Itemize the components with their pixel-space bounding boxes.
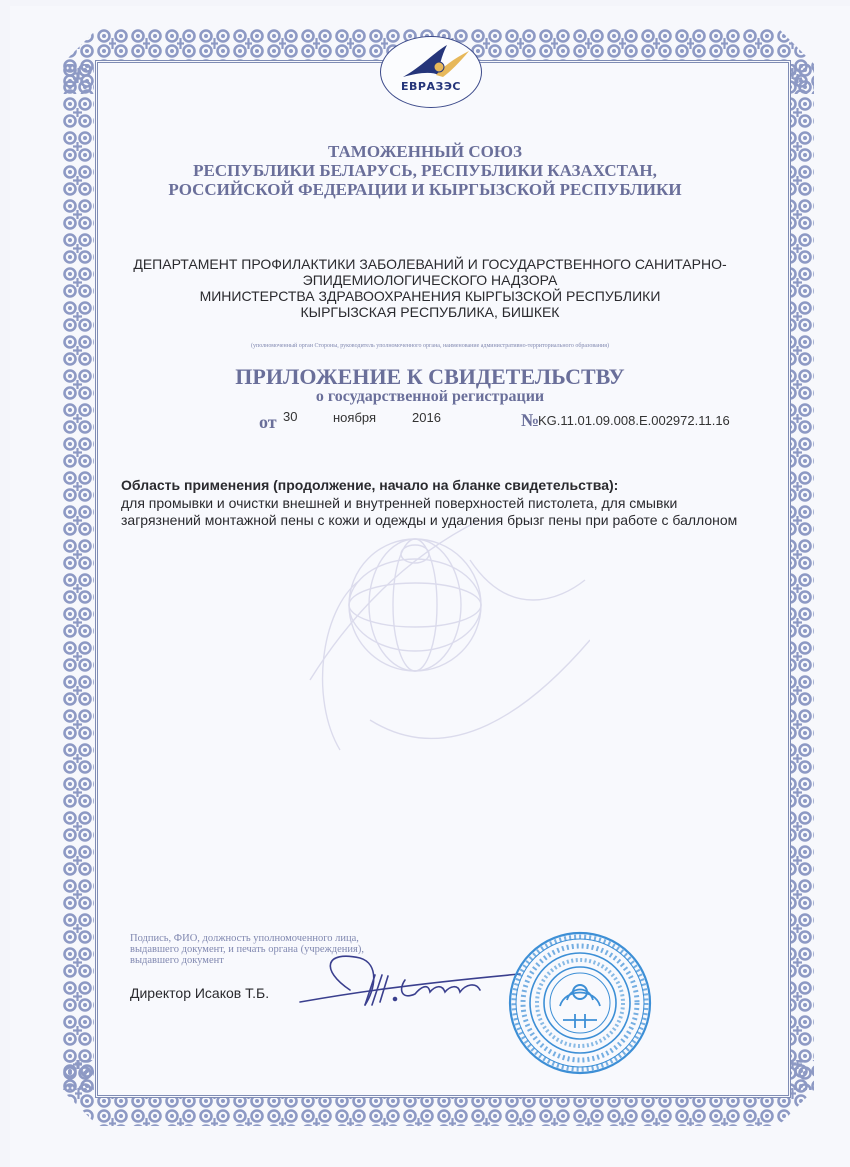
- header-line-3: РОССИЙСКОЙ ФЕДЕРАЦИИ И КЫРГЫЗСКОЙ РЕСПУБ…: [100, 180, 750, 200]
- scope-line: загрязнений монтажной пены с кожи и одеж…: [121, 512, 761, 529]
- signer-name: Директор Исаков Т.Б.: [130, 985, 269, 1001]
- authority-line: ДЕПАРТАМЕНТ ПРОФИЛАКТИКИ ЗАБОЛЕВАНИЙ И Г…: [110, 256, 750, 272]
- number-sign: №: [521, 410, 539, 431]
- registration-month: ноября: [333, 410, 376, 425]
- from-label: от: [259, 412, 277, 433]
- logo-text: ЕВРАЗЭС: [381, 80, 481, 93]
- authority-caption: (уполномоченный орган Стороны, руководит…: [110, 343, 750, 349]
- registration-row: от 30 ноября 2016 № KG.11.01.09.008.Е.00…: [0, 406, 850, 436]
- registration-number: KG.11.01.09.008.Е.002972.11.16: [538, 413, 730, 428]
- signature-caption-line: Подпись, ФИО, должность уполномоченного …: [130, 933, 410, 944]
- evrazes-logo: ЕВРАЗЭС: [380, 36, 482, 108]
- document-subtitle: о государственной регистрации: [110, 388, 750, 406]
- evrazes-emblem-icon: [381, 37, 481, 107]
- authority-block: ДЕПАРТАМЕНТ ПРОФИЛАКТИКИ ЗАБОЛЕВАНИЙ И Г…: [110, 256, 750, 320]
- authority-line: МИНИСТЕРСТВА ЗДРАВООХРАНЕНИЯ КЫРГЫЗСКОЙ …: [110, 288, 750, 304]
- official-stamp-icon: [505, 928, 655, 1078]
- header-line-1: ТАМОЖЕННЫЙ СОЮЗ: [100, 142, 750, 162]
- scope-text: для промывки и очистки внешней и внутрен…: [121, 495, 761, 528]
- document-title: ПРИЛОЖЕНИЕ К СВИДЕТЕЛЬСТВУ: [110, 364, 750, 390]
- handwritten-signature-icon: [280, 950, 530, 1040]
- authority-line: КЫРГЫЗСКАЯ РЕСПУБЛИКА, БИШКЕК: [110, 304, 750, 320]
- authority-line: ЭПИДЕМИОЛОГИЧЕСКОГО НАДЗОРА: [110, 272, 750, 288]
- registration-year: 2016: [412, 410, 441, 425]
- scope-label: Область применения (продолжение, начало …: [121, 477, 618, 493]
- header-line-2: РЕСПУБЛИКИ БЕЛАРУСЬ, РЕСПУБЛИКИ КАЗАХСТА…: [100, 161, 750, 181]
- registration-day: 30: [283, 409, 297, 424]
- scope-line: для промывки и очистки внешней и внутрен…: [121, 495, 761, 512]
